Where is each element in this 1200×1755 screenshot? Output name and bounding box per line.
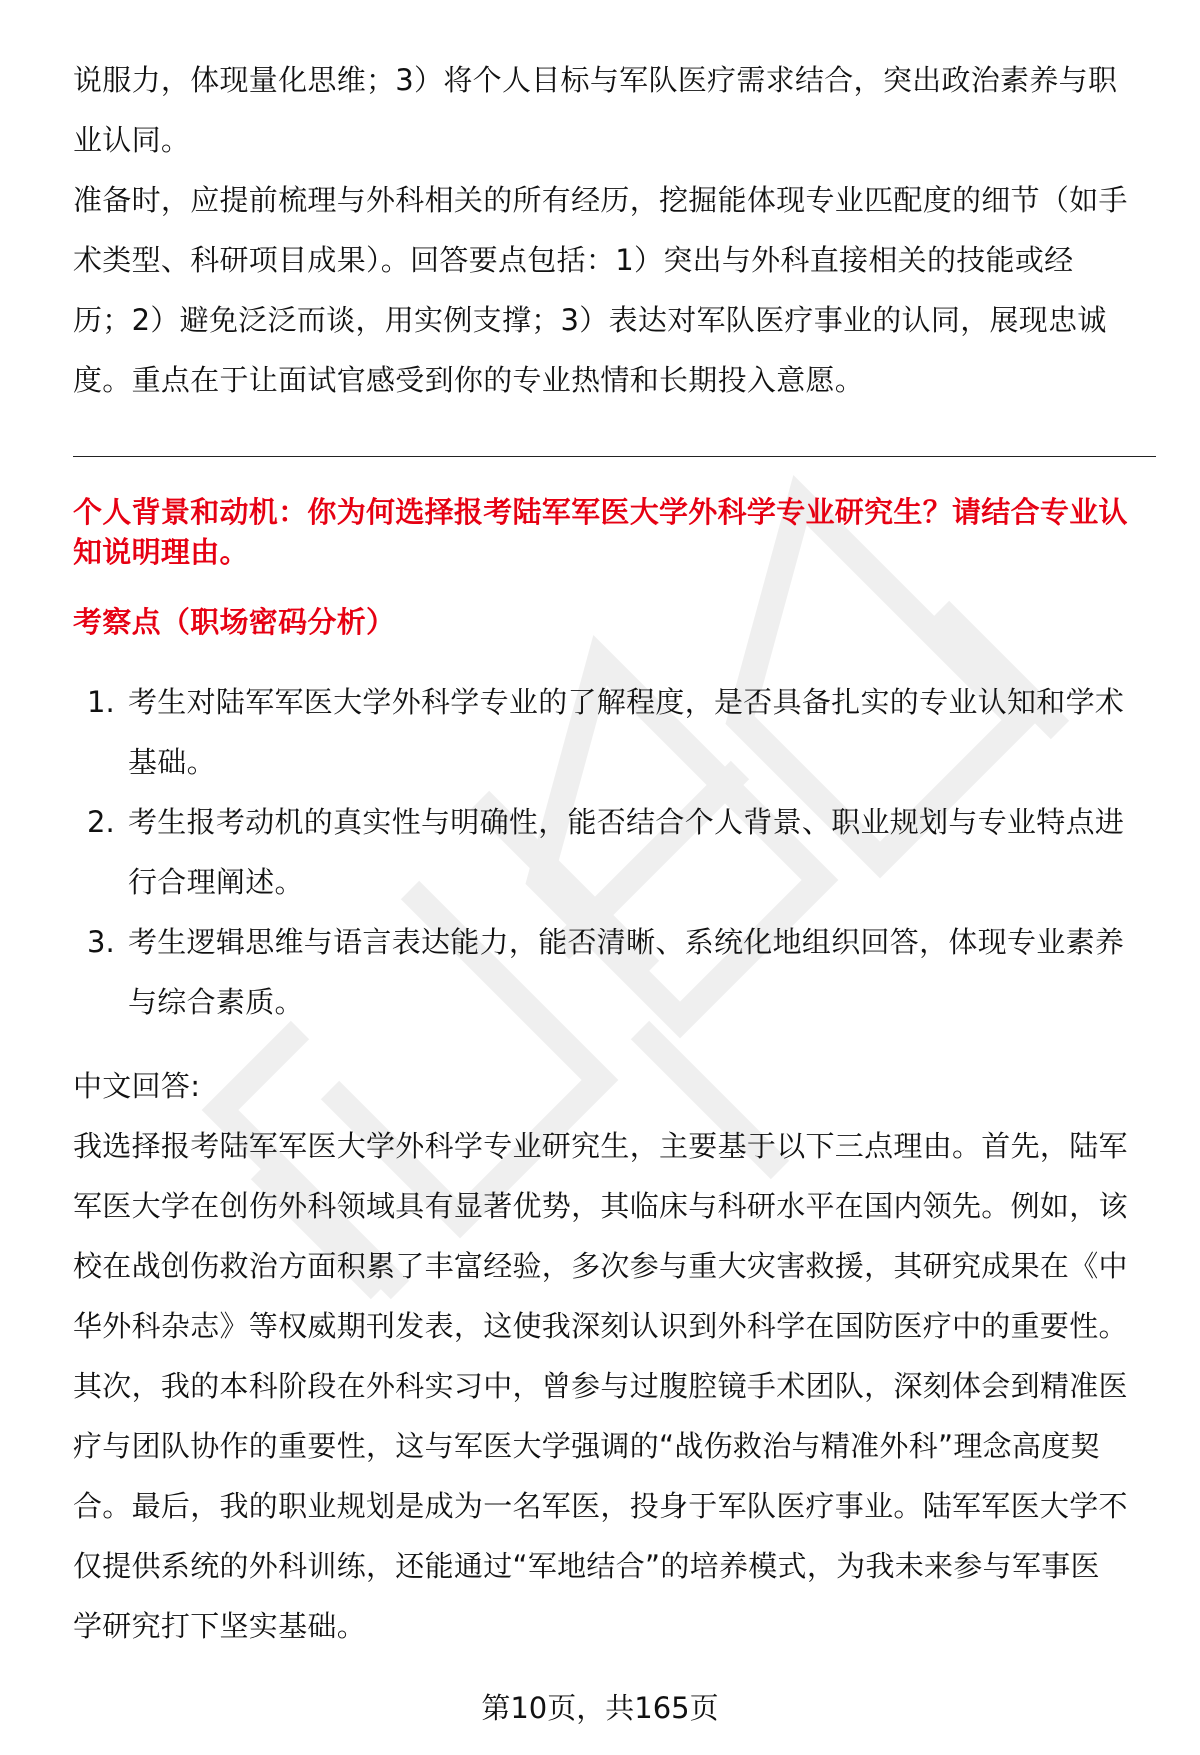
intro-line: 准备时，应提前梳理与外科相关的所有经历，挖掘能体现专业匹配度的细节（如手 <box>73 180 1128 220</box>
intro-line: 术类型、科研项目成果）。回答要点包括：1）突出与外科直接相关的技能或经 <box>73 240 1073 280</box>
answer-line: 我选择报考陆军军医大学外科学专业研究生，主要基于以下三点理由。首先，陆军 <box>73 1126 1128 1166</box>
list-item-line: 考生报考动机的真实性与明确性，能否结合个人背景、职业规划与专业特点进 <box>128 802 1124 842</box>
list-number: 3. <box>87 922 115 962</box>
list-item-line: 行合理阐述。 <box>128 862 304 902</box>
answer-line: 其次，我的本科阶段在外科实习中，曾参与过腹腔镜手术团队，深刻体会到精准医 <box>73 1366 1128 1406</box>
section-divider <box>73 456 1156 457</box>
answer-line: 合。最后，我的职业规划是成为一名军医，投身于军队医疗事业。陆军军医大学不 <box>73 1486 1128 1526</box>
question-title-line: 知说明理由。 <box>73 532 249 572</box>
intro-line: 业认同。 <box>73 120 190 160</box>
list-item-line: 考生逻辑思维与语言表达能力，能否清晰、系统化地组织回答，体现专业素养 <box>128 922 1124 962</box>
intro-line: 历；2）避免泛泛而谈，用实例支撑；3）表达对军队医疗事业的认同，展现忠诚 <box>73 300 1107 340</box>
assessment-subheading: 考察点（职场密码分析） <box>73 602 395 642</box>
answer-line: 疗与团队协作的重要性，这与军医大学强调的“战伤救治与精准外科”理念高度契 <box>73 1426 1100 1466</box>
question-title-line: 个人背景和动机：你为何选择报考陆军军医大学外科学专业研究生？请结合专业认 <box>73 492 1128 532</box>
list-number: 2. <box>87 802 115 842</box>
intro-line: 度。重点在于让面试官感受到你的专业热情和长期投入意愿。 <box>73 360 864 400</box>
answer-line: 校在战创伤救治方面积累了丰富经验，多次参与重大灾害救援，其研究成果在《中 <box>73 1246 1128 1286</box>
list-item-line: 与综合素质。 <box>128 982 304 1022</box>
answer-line: 仅提供系统的外科训练，还能通过“军地结合”的培养模式，为我未来参与军事医 <box>73 1546 1100 1586</box>
intro-line: 说服力，体现量化思维；3）将个人目标与军队医疗需求结合，突出政治素养与职 <box>73 60 1117 100</box>
answer-line: 华外科杂志》等权威期刊发表，这使我深刻认识到外科学在国防医疗中的重要性。 <box>73 1306 1128 1346</box>
page-number-footer: 第10页，共165页 <box>0 1688 1200 1728</box>
list-item-line: 考生对陆军军医大学外科学专业的了解程度，是否具备扎实的专业认知和学术 <box>128 682 1124 722</box>
list-number: 1. <box>87 682 115 722</box>
list-item-line: 基础。 <box>128 742 216 782</box>
document-page: 说服力，体现量化思维；3）将个人目标与军队医疗需求结合，突出政治素养与职 业认同… <box>0 0 1200 1755</box>
answer-line: 军医大学在创伤外科领域具有显著优势，其临床与科研水平在国内领先。例如，该 <box>73 1186 1128 1226</box>
answer-label: 中文回答: <box>73 1066 200 1106</box>
answer-line: 学研究打下坚实基础。 <box>73 1606 366 1646</box>
